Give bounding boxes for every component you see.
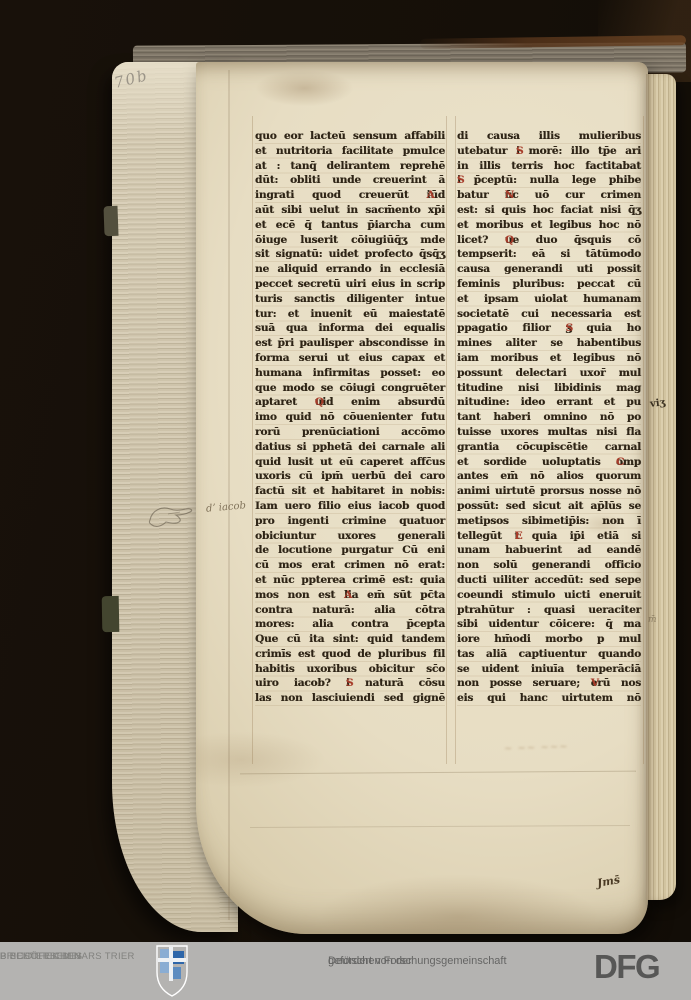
manuscript-line: possunt delectari uxor̄ mul bbox=[457, 366, 641, 381]
manuscript-line: nitudine: ideo errant et pu bbox=[457, 395, 641, 410]
manuscript-line: de locutione purgatur Cū eni bbox=[255, 543, 445, 558]
digitization-footer-band: BIBLIOTHEK DES BISCHÖFLICHEN PRIESTERSEM… bbox=[0, 942, 691, 1000]
manuscript-line: suā qua informa dei equalis bbox=[255, 321, 445, 336]
manuscript-line: tant haberi omnino nō po bbox=[457, 410, 641, 425]
manuscript-column-right: di causa illis mulieribusutebatur Si mor… bbox=[457, 129, 641, 706]
manuscript-line: uiro iacob? Si naturā cōsu bbox=[255, 676, 445, 691]
manuscript-line: turis sanctis diligenter intue bbox=[255, 292, 445, 307]
manuscript-line: et ecē q̄ tantus p̄iarcha cum bbox=[255, 218, 445, 233]
manuscript-line: titudine nisi libidinis mag bbox=[457, 381, 641, 396]
manuscript-line: ingrati quod creuerūt Aiūd bbox=[255, 188, 445, 203]
manuscript-line: ptrahūtur : quasi ueraciter bbox=[457, 603, 641, 618]
manuscript-line: licet? Que duo q̄squis cō bbox=[457, 233, 641, 248]
manuscript-line: se uident iniuīa temperāciā bbox=[457, 662, 641, 677]
manuscript-line: habitis uxoribus obicitur sc̄o bbox=[255, 662, 445, 677]
manuscript-line: dūt: obliti unde creuerint ā bbox=[255, 173, 445, 188]
manuscript-line: humana infirmitas posset: eo bbox=[255, 366, 445, 381]
manuscript-line: las non lasciuiendi sed gignē bbox=[255, 691, 445, 706]
manuscript-line: coeundi stimulo uicti eneruit bbox=[457, 588, 641, 603]
manuscript-line: et moribus et legibus hoc nō bbox=[457, 218, 641, 233]
bookmark-tab bbox=[102, 596, 120, 632]
library-shield-cross-icon bbox=[150, 944, 194, 998]
manuscript-line: cū mos erat crimen nō erat: bbox=[255, 558, 445, 573]
manuscript-line: forma serui ut eius capax et bbox=[255, 351, 445, 366]
bookmark-tab bbox=[103, 206, 118, 236]
manuscript-line: mines aliter se habentibus bbox=[457, 336, 641, 351]
manuscript-line: societatē cui necessaria est bbox=[457, 307, 641, 322]
manuscript-line: mores: alia contra p̄cepta bbox=[255, 617, 445, 632]
manuscript-line: et nutritoria facilitate pmulce bbox=[255, 144, 445, 159]
manuscript-line: di causa illis mulieribus bbox=[457, 129, 641, 144]
right-fore-edge bbox=[646, 74, 676, 900]
manuscript-line: contra naturā: alia cōtra bbox=[255, 603, 445, 618]
manuscript-line: pro ingenti crimine quatuor bbox=[255, 514, 445, 529]
manuscript-line: et nūc ppterea crimē est: quia bbox=[255, 573, 445, 588]
ruling-line bbox=[252, 116, 253, 764]
margin-note-right: viʒ bbox=[649, 397, 666, 410]
manuscript-line: metipsos sibimetip̄is: non ī bbox=[457, 514, 641, 529]
manuscript-line: tas aliā captiuentur quando bbox=[457, 647, 641, 662]
manuscript-line: et ipsam uiolat humanam bbox=[457, 292, 641, 307]
manuscript-line: imo quid nō cōuenienter futu bbox=[255, 410, 445, 425]
manuscript-line: ōiuge luserit cōiugiūq̄ʒ mde bbox=[255, 233, 445, 248]
manuscript-line: crimīs est quod de pluribus fil bbox=[255, 647, 445, 662]
digitized-manuscript-photo: quo eor lacteū sensum affabiliet nutrito… bbox=[0, 0, 691, 1000]
manuscript-line: est: si quis hoc faciat nisi q̄ʒ bbox=[457, 203, 641, 218]
manuscript-line: antes em̄ nō alios quorum bbox=[457, 469, 641, 484]
manuscript-line: uxoris cū ipm̄ uerbū dei caro bbox=[255, 469, 445, 484]
funding-credit-line: Deutschen Forschungsgemeinschaft bbox=[328, 955, 507, 969]
margin-note-right-lower: m̄ bbox=[648, 615, 657, 625]
manuscript-line: iam moribus et legibus nō bbox=[457, 351, 641, 366]
manuscript-line: batur Nūc uō cur crimen bbox=[457, 188, 641, 203]
manuscript-line: unam habuerint ad eandē bbox=[457, 543, 641, 558]
manuscript-line: que modo se cōiugi congruēter bbox=[255, 381, 445, 396]
manuscript-line: factū sit et habitaret in nobis: bbox=[255, 484, 445, 499]
manuscript-line: sit signatū: uidet profecto q̄sq̄ʒ bbox=[255, 247, 445, 262]
manuscript-line: causa generandi uti possit bbox=[457, 262, 641, 277]
manuscript-line: aūt sibi uelut in sacm̄ento xp̄i bbox=[255, 203, 445, 218]
manicule-sketch-icon bbox=[146, 496, 204, 538]
manuscript-line: Que cū ita sint: quid tandem bbox=[255, 632, 445, 647]
manuscript-line: utebatur Si morē: illo tp̄e ari bbox=[457, 144, 641, 159]
manuscript-line: sibi uidentur cōicere: q̄ ma bbox=[457, 617, 641, 632]
dfg-logo: DFG bbox=[594, 947, 659, 987]
manuscript-line: et sordide uoluptatis Comp bbox=[457, 455, 641, 470]
manuscript-line: tellegūt Et quia ip̄i etiā si bbox=[457, 529, 641, 544]
gutter-crease bbox=[228, 70, 230, 920]
library-credit-line: PRIESTERSEMINARS TRIER bbox=[0, 951, 135, 963]
manuscript-line: mos non est Alia em̄ sūt pc̄ta bbox=[255, 588, 445, 603]
manuscript-line: quo eor lacteū sensum affabili bbox=[255, 129, 445, 144]
manuscript-line: Si p̄ceptū: nulla lege phibe bbox=[457, 173, 641, 188]
manuscript-line: ppagatio filior Sʒ quia ho bbox=[457, 321, 641, 336]
manuscript-line: tur: et inuenit eū maiestatē bbox=[255, 307, 445, 322]
manuscript-line: Iam uero filio eius iacob quod bbox=[255, 499, 445, 514]
manuscript-line: in illis terris hoc factitabat bbox=[457, 159, 641, 174]
manuscript-line: non solū generandi officio bbox=[457, 558, 641, 573]
manuscript-line: tempserit: eā si tātūmodo bbox=[457, 247, 641, 262]
ruling-line bbox=[446, 116, 447, 764]
manuscript-line: datius si pphetā dei carnale ali bbox=[255, 440, 445, 455]
manuscript-line: feminis pluribus: peccat cū bbox=[457, 277, 641, 292]
manuscript-line: est p̄ri paulisper abscondisse in bbox=[255, 336, 445, 351]
manuscript-line: rorū prenūciationi accōmo bbox=[255, 425, 445, 440]
ruling-line bbox=[455, 116, 456, 764]
manuscript-line: aptaret Quid enim absurdū bbox=[255, 395, 445, 410]
manuscript-line: quid lusit ut eū caperet affc̄us bbox=[255, 455, 445, 470]
manuscript-line: ne aliquid errando in ecclesiā bbox=[255, 262, 445, 277]
manuscript-line: non posse seruare; Verū nos bbox=[457, 676, 641, 691]
manuscript-line: ducti uiliter accedūt: sed sepe bbox=[457, 573, 641, 588]
manuscript-column-left: quo eor lacteū sensum affabiliet nutrito… bbox=[255, 129, 445, 706]
manuscript-line: animi uirtutē prorsus nosse nō bbox=[457, 484, 641, 499]
manuscript-line: iore hm̄odi morbo p mul bbox=[457, 632, 641, 647]
manuscript-line: eis qui hanc uirtutem nō bbox=[457, 691, 641, 706]
manuscript-line: peccet secretū uiri eius in scrip bbox=[255, 277, 445, 292]
manuscript-line: at : tanq̄ delirantem reprehē bbox=[255, 159, 445, 174]
manuscript-line: tuisse uxores multas nisi fla bbox=[457, 425, 641, 440]
manuscript-line: obiciuntur uxores generali bbox=[255, 529, 445, 544]
manuscript-line: possūt: sed sicut ait ap̄lūs se bbox=[457, 499, 641, 514]
ruling-line bbox=[643, 116, 644, 764]
manuscript-line: grantia cōcupiscētie carnal bbox=[457, 440, 641, 455]
